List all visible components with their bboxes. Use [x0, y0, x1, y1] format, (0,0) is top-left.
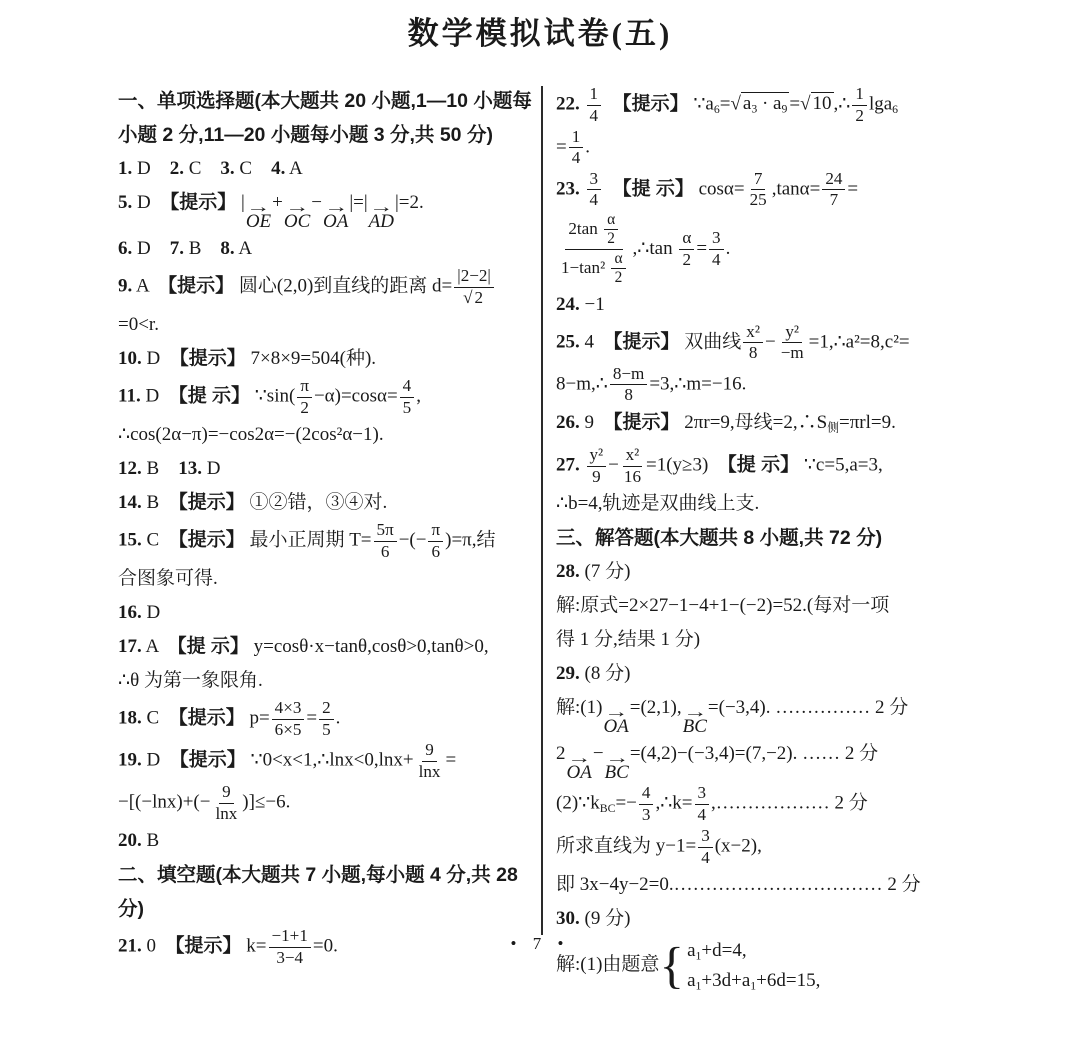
fraction: 9lnx [416, 740, 444, 782]
fraction: 5π6 [374, 520, 397, 562]
hint-marker: 【提 示】 [178, 385, 250, 406]
answer-line: ∴θ 为第一象限角. [118, 664, 539, 698]
answer-line: 8−m,∴8−m8=3,∴m=−16. [556, 364, 977, 406]
vector-arrow: →OA [323, 204, 348, 232]
answer-line: ∴b=4,轨迹是双曲线上支. [556, 487, 977, 521]
fraction: 9lnx [212, 782, 240, 824]
hint-marker: 【提示】 [179, 749, 246, 770]
answer-line: 16. D [118, 596, 539, 630]
left-column: 一、单项选择题(本大题共 20 小题,1—10 小题每小题 2 分,11—20 … [118, 84, 539, 968]
answer-line: 29. (8 分) [556, 657, 977, 691]
radical-icon: √ [730, 93, 740, 114]
arrow-icon: → [604, 709, 628, 717]
section-heading: 三、解答题(本大题共 8 小题,共 72 分) [556, 521, 977, 555]
fraction: α2 [679, 228, 694, 270]
fraction: 2tan α21−tan² α2 [558, 211, 631, 288]
square-root: √10 [800, 92, 833, 114]
fraction: 34 [709, 228, 724, 270]
hint-marker: 【提 示】 [727, 455, 799, 476]
fraction: 247 [822, 169, 845, 211]
answer-line: 18. C 【提示】 p=4×36×5=25. [118, 698, 539, 740]
fraction: 25 [319, 698, 334, 740]
fraction: |2−2|√2 [454, 266, 494, 308]
arrow-icon: → [683, 709, 707, 717]
answer-line: 28. (7 分) [556, 555, 977, 589]
answer-line: 23. 34 【提 示】 cosα=725,tanα=247= [556, 169, 977, 211]
hint-marker: 【提示】 [622, 93, 689, 114]
arrow-icon: → [324, 204, 348, 212]
arrow-icon: → [246, 204, 270, 212]
fraction: 34 [698, 826, 713, 868]
answer-line: 即 3x−4y−2=0.…………………………… 2 分 [556, 868, 977, 902]
answer-line: 10. D 【提示】 7×8×9=504(种). [118, 342, 539, 376]
fraction: α2 [611, 250, 625, 288]
vector-arrow: →OE [246, 204, 271, 232]
answer-line: 27. y²9−x²16=1(y≥3) 【提 示】 ∵c=5,a=3, [556, 445, 977, 487]
fraction: π6 [428, 520, 443, 562]
answer-line: 14. B 【提示】 ①②错，③④对. [118, 486, 539, 520]
hint-marker: 【提示】 [178, 492, 245, 513]
page-number: • 7 • [0, 934, 1080, 954]
arrow-icon: → [605, 755, 629, 763]
arrow-icon: → [369, 204, 393, 212]
hint-marker: 【提示】 [179, 348, 246, 369]
fraction: α2 [604, 211, 618, 249]
answer-line: 得 1 分,结果 1 分) [556, 623, 977, 657]
page-title: 数学模拟试卷(五) [0, 8, 1080, 53]
answer-line: 5. D 【提示】 |→OE+→OC−→OA|=|→AD|=2. [118, 186, 539, 232]
hint-marker: 【提示】 [178, 529, 245, 550]
vector-arrow: →BC [605, 755, 629, 783]
fraction: 34 [695, 783, 710, 825]
right-column: 22. 14 【提示】 ∵a6=√a3 · a9=√10,∴12lga6=14.… [556, 84, 977, 996]
answer-line: 15. C 【提示】 最小正周期 T=5π6−(−π6)=π,结 [118, 520, 539, 562]
vector-arrow: →OC [284, 204, 310, 232]
answer-line: 合图象可得. [118, 562, 539, 596]
vector-arrow: →OA [567, 755, 592, 783]
arrow-icon: → [567, 755, 591, 763]
hint-marker: 【提 示】 [177, 636, 249, 657]
answer-line: 2→OA−→BC=(4,2)−(−3,4)=(7,−2). …… 2 分 [556, 737, 977, 783]
fraction: x²8 [743, 322, 763, 364]
answer-line: 解:原式=2×27−1−4+1−(−2)=52.(每对一项 [556, 589, 977, 623]
section-heading: 一、单项选择题(本大题共 20 小题,1—10 小题每小题 2 分,11—20 … [118, 84, 539, 152]
fraction: x²16 [621, 445, 644, 487]
hint-marker: 【提示】 [168, 275, 235, 296]
column-divider-rule [541, 86, 543, 935]
square-root: √2 [463, 287, 485, 307]
hint-marker: 【提示】 [170, 192, 237, 213]
answer-line: 2tan α21−tan² α2,∴tan α2=34. [556, 211, 977, 288]
hint-marker: 【提示】 [178, 707, 245, 728]
fraction: 43 [639, 783, 654, 825]
section-heading: 二、填空题(本大题共 7 小题,每小题 4 分,共 28 分) [118, 858, 539, 926]
answer-line: 12. B 13. D [118, 452, 539, 486]
hint-marker: 【提示】 [613, 412, 680, 433]
answer-line: ∴cos(2α−π)=−cos2α=−(2cos²α−1). [118, 418, 539, 452]
answer-line: 17. A 【提 示】 y=cosθ·x−tanθ,cosθ>0,tanθ>0, [118, 630, 539, 664]
arrow-icon: → [285, 204, 309, 212]
answer-line: 解:(1)→OA=(2,1),→BC=(−3,4). …………… 2 分 [556, 691, 977, 737]
answer-line: 9. A 【提示】 圆心(2,0)到直线的距离 d=|2−2|√2 [118, 266, 539, 308]
answer-line: 20. B [118, 824, 539, 858]
answer-line: 1. D 2. C 3. C 4. A [118, 152, 539, 186]
answer-line: 24. −1 [556, 288, 977, 322]
answer-line: =14. [556, 127, 977, 169]
fraction: 14 [569, 127, 584, 169]
hint-marker: 【提 示】 [622, 178, 694, 199]
answer-line: 25. 4 【提示】 双曲线x²8−y²−m=1,∴a²=8,c²= [556, 322, 977, 364]
square-root: √a3 · a9 [730, 92, 789, 114]
vector-arrow: →OA [603, 709, 628, 737]
radical-icon: √ [800, 93, 810, 114]
answer-line: 所求直线为 y−1=34(x−2), [556, 826, 977, 868]
fraction: 725 [747, 169, 770, 211]
answer-line: 11. D 【提 示】 ∵sin(π2−α)=cosα=45, [118, 376, 539, 418]
fraction: 34 [587, 169, 602, 211]
answer-line: 30. (9 分) [556, 902, 977, 936]
fraction: 14 [587, 84, 602, 126]
fraction: y²−m [778, 322, 807, 364]
answer-line: 19. D 【提示】 ∵0<x<1,∴lnx<0,lnx+9lnx= [118, 740, 539, 782]
answer-line: =0<r. [118, 308, 539, 342]
answer-line: 6. D 7. B 8. A [118, 232, 539, 266]
fraction: π2 [297, 376, 312, 418]
answer-line: (2)∵kBC=−43,∴k=34,……………… 2 分 [556, 783, 977, 826]
answer-line: −[(−lnx)+(−9lnx)]≤−6. [118, 782, 539, 824]
vector-arrow: →AD [369, 204, 394, 232]
hint-marker: 【提示】 [613, 331, 680, 352]
fraction: 45 [400, 376, 415, 418]
answer-line: 26. 9 【提示】 2πr=9,母线=2,∴S侧=πrl=9. [556, 406, 977, 446]
fraction: 4×36×5 [272, 698, 305, 740]
answer-line: 22. 14 【提示】 ∵a6=√a3 · a9=√10,∴12lga6 [556, 84, 977, 127]
fraction: 12 [852, 84, 867, 126]
exam-answer-page: 数学模拟试卷(五) 一、单项选择题(本大题共 20 小题,1—10 小题每小题 … [0, 0, 1080, 1061]
fraction: y²9 [587, 445, 607, 487]
vector-arrow: →BC [683, 709, 707, 737]
fraction: 8−m8 [610, 364, 647, 406]
